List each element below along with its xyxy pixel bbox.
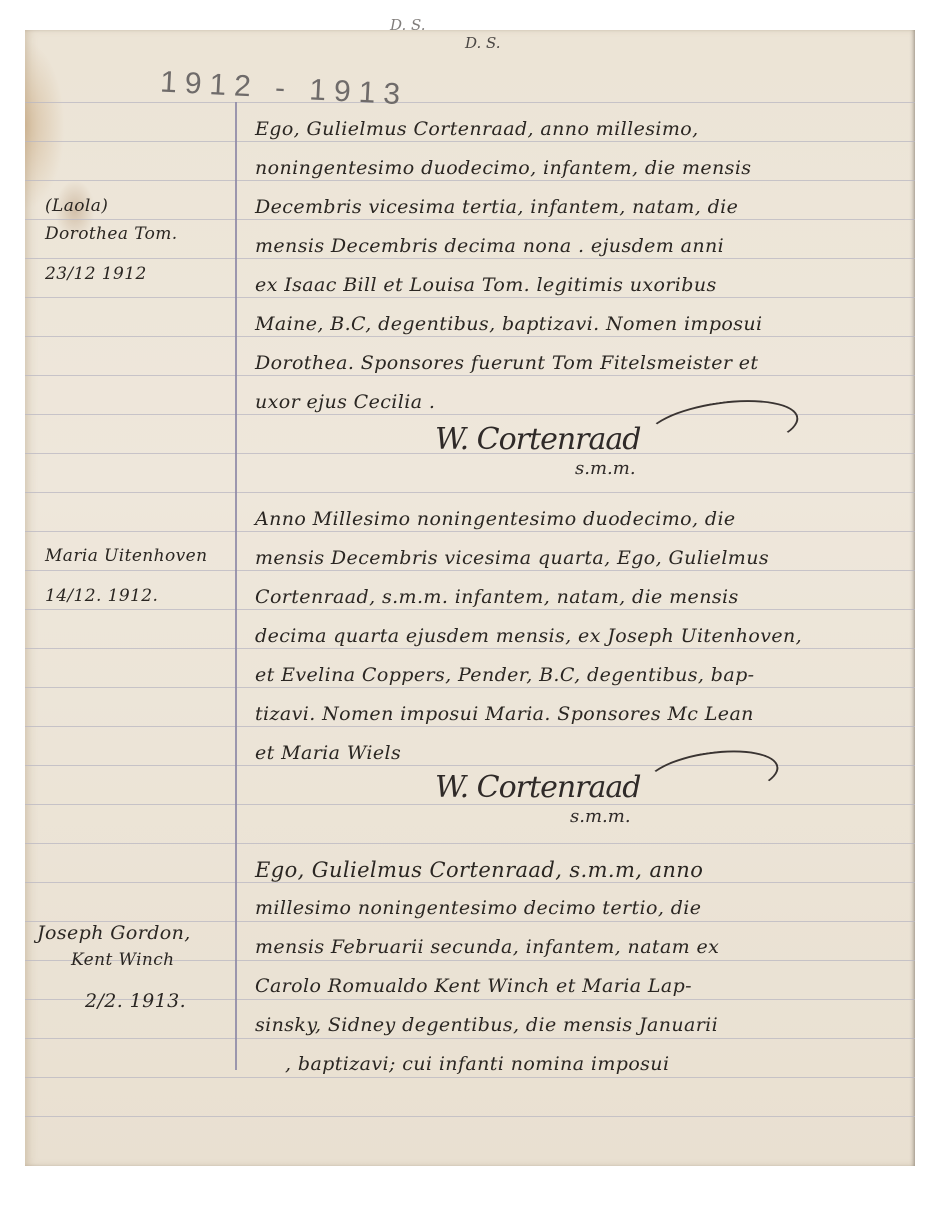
entry-line: sinsky, Sidney degentibus, die mensis Ja… (255, 1014, 718, 1036)
entry-line: decima quarta ejusdem mensis, ex Joseph … (255, 625, 802, 647)
ruled-line (25, 1116, 915, 1117)
ruled-line (25, 297, 915, 298)
entry-line: uxor ejus Cecilia . (255, 391, 435, 413)
margin-child-name: Dorothea Tom. (45, 224, 178, 244)
ruled-line (25, 375, 915, 376)
entry-line: Dorothea. Sponsores fuerunt Tom Fitelsme… (255, 352, 758, 374)
ruled-line (25, 492, 915, 493)
ruled-line (25, 648, 915, 649)
ruled-line (25, 219, 915, 220)
entry-line: Ego, Gulielmus Cortenraad, anno millesim… (255, 118, 699, 140)
ruled-line (25, 258, 915, 259)
ruled-line (25, 1038, 915, 1039)
ruled-line (25, 765, 915, 766)
ruled-line (25, 609, 915, 610)
entry-line: tizavi. Nomen imposui Maria. Sponsores M… (255, 703, 754, 725)
margin-date: 2/2. 1913. (85, 990, 186, 1012)
ruled-line (25, 531, 915, 532)
entry-line: et Evelina Coppers, Pender, B.C, degenti… (255, 664, 754, 686)
entry-line: Maine, B.C, degentibus, baptizavi. Nomen… (255, 313, 763, 335)
ruled-line (25, 336, 915, 337)
signature-flourish (642, 743, 781, 809)
entry-line: mensis Februarii secunda, infantem, nata… (255, 936, 719, 958)
margin-line (235, 102, 237, 1070)
ruled-line (25, 141, 915, 142)
entry-line: ex Isaac Bill et Louisa Tom. legitimis u… (255, 274, 717, 296)
margin-surname: Kent Winch (71, 950, 175, 970)
entry-line: Decembris vicesima tertia, infantem, nat… (255, 196, 738, 218)
margin-child-name: Joseph Gordon, (37, 922, 191, 944)
entry-line: Cortenraad, s.m.m. infantem, natam, die … (255, 586, 739, 608)
margin-alias: (Laola) (45, 196, 108, 216)
ruled-line (25, 687, 915, 688)
entry-line: Anno Millesimo noningentesimo duodecimo,… (255, 508, 736, 530)
margin-date: 14/12. 1912. (45, 586, 158, 606)
entry-line: et Maria Wiels (255, 742, 401, 764)
ruled-line (25, 843, 915, 844)
entry-line: Ego, Gulielmus Cortenraad, s.m.m, anno (255, 858, 703, 882)
ruled-line (25, 570, 915, 571)
entry-line: mensis Decembris decima nona . ejusdem a… (255, 235, 724, 257)
ruled-line (25, 180, 915, 181)
year-heading: 1912 - 1913 (159, 66, 409, 113)
entry-line: millesimo noningentesimo decimo tertio, … (255, 897, 701, 919)
ruled-line (25, 726, 915, 727)
page-mark: D. S. (465, 34, 501, 52)
signature-name: W. Cortenraad (435, 770, 640, 805)
margin-child-name: Maria Uitenhoven (45, 546, 207, 566)
entry-line: noningentesimo duodecimo, infantem, die … (255, 157, 751, 179)
signature-name: W. Cortenraad (435, 422, 640, 457)
entry-line: , baptizavi; cui infanti nomina imposui (285, 1053, 669, 1075)
signature-suffix: s.m.m. (575, 458, 636, 479)
ruled-line (25, 102, 915, 103)
signature-suffix: s.m.m. (570, 806, 631, 827)
margin-date: 23/12 1912 (45, 264, 147, 284)
ruled-line (25, 882, 915, 883)
ruled-line (25, 1077, 915, 1078)
register-page: D. S. D. S. 1912 - 1913 (Laola) Dorothea… (25, 30, 915, 1166)
entry-line: Carolo Romualdo Kent Winch et Maria Lap- (255, 975, 692, 997)
page-mark-faint: D. S. (390, 16, 426, 34)
entry-line: mensis Decembris vicesima quarta, Ego, G… (255, 547, 769, 569)
